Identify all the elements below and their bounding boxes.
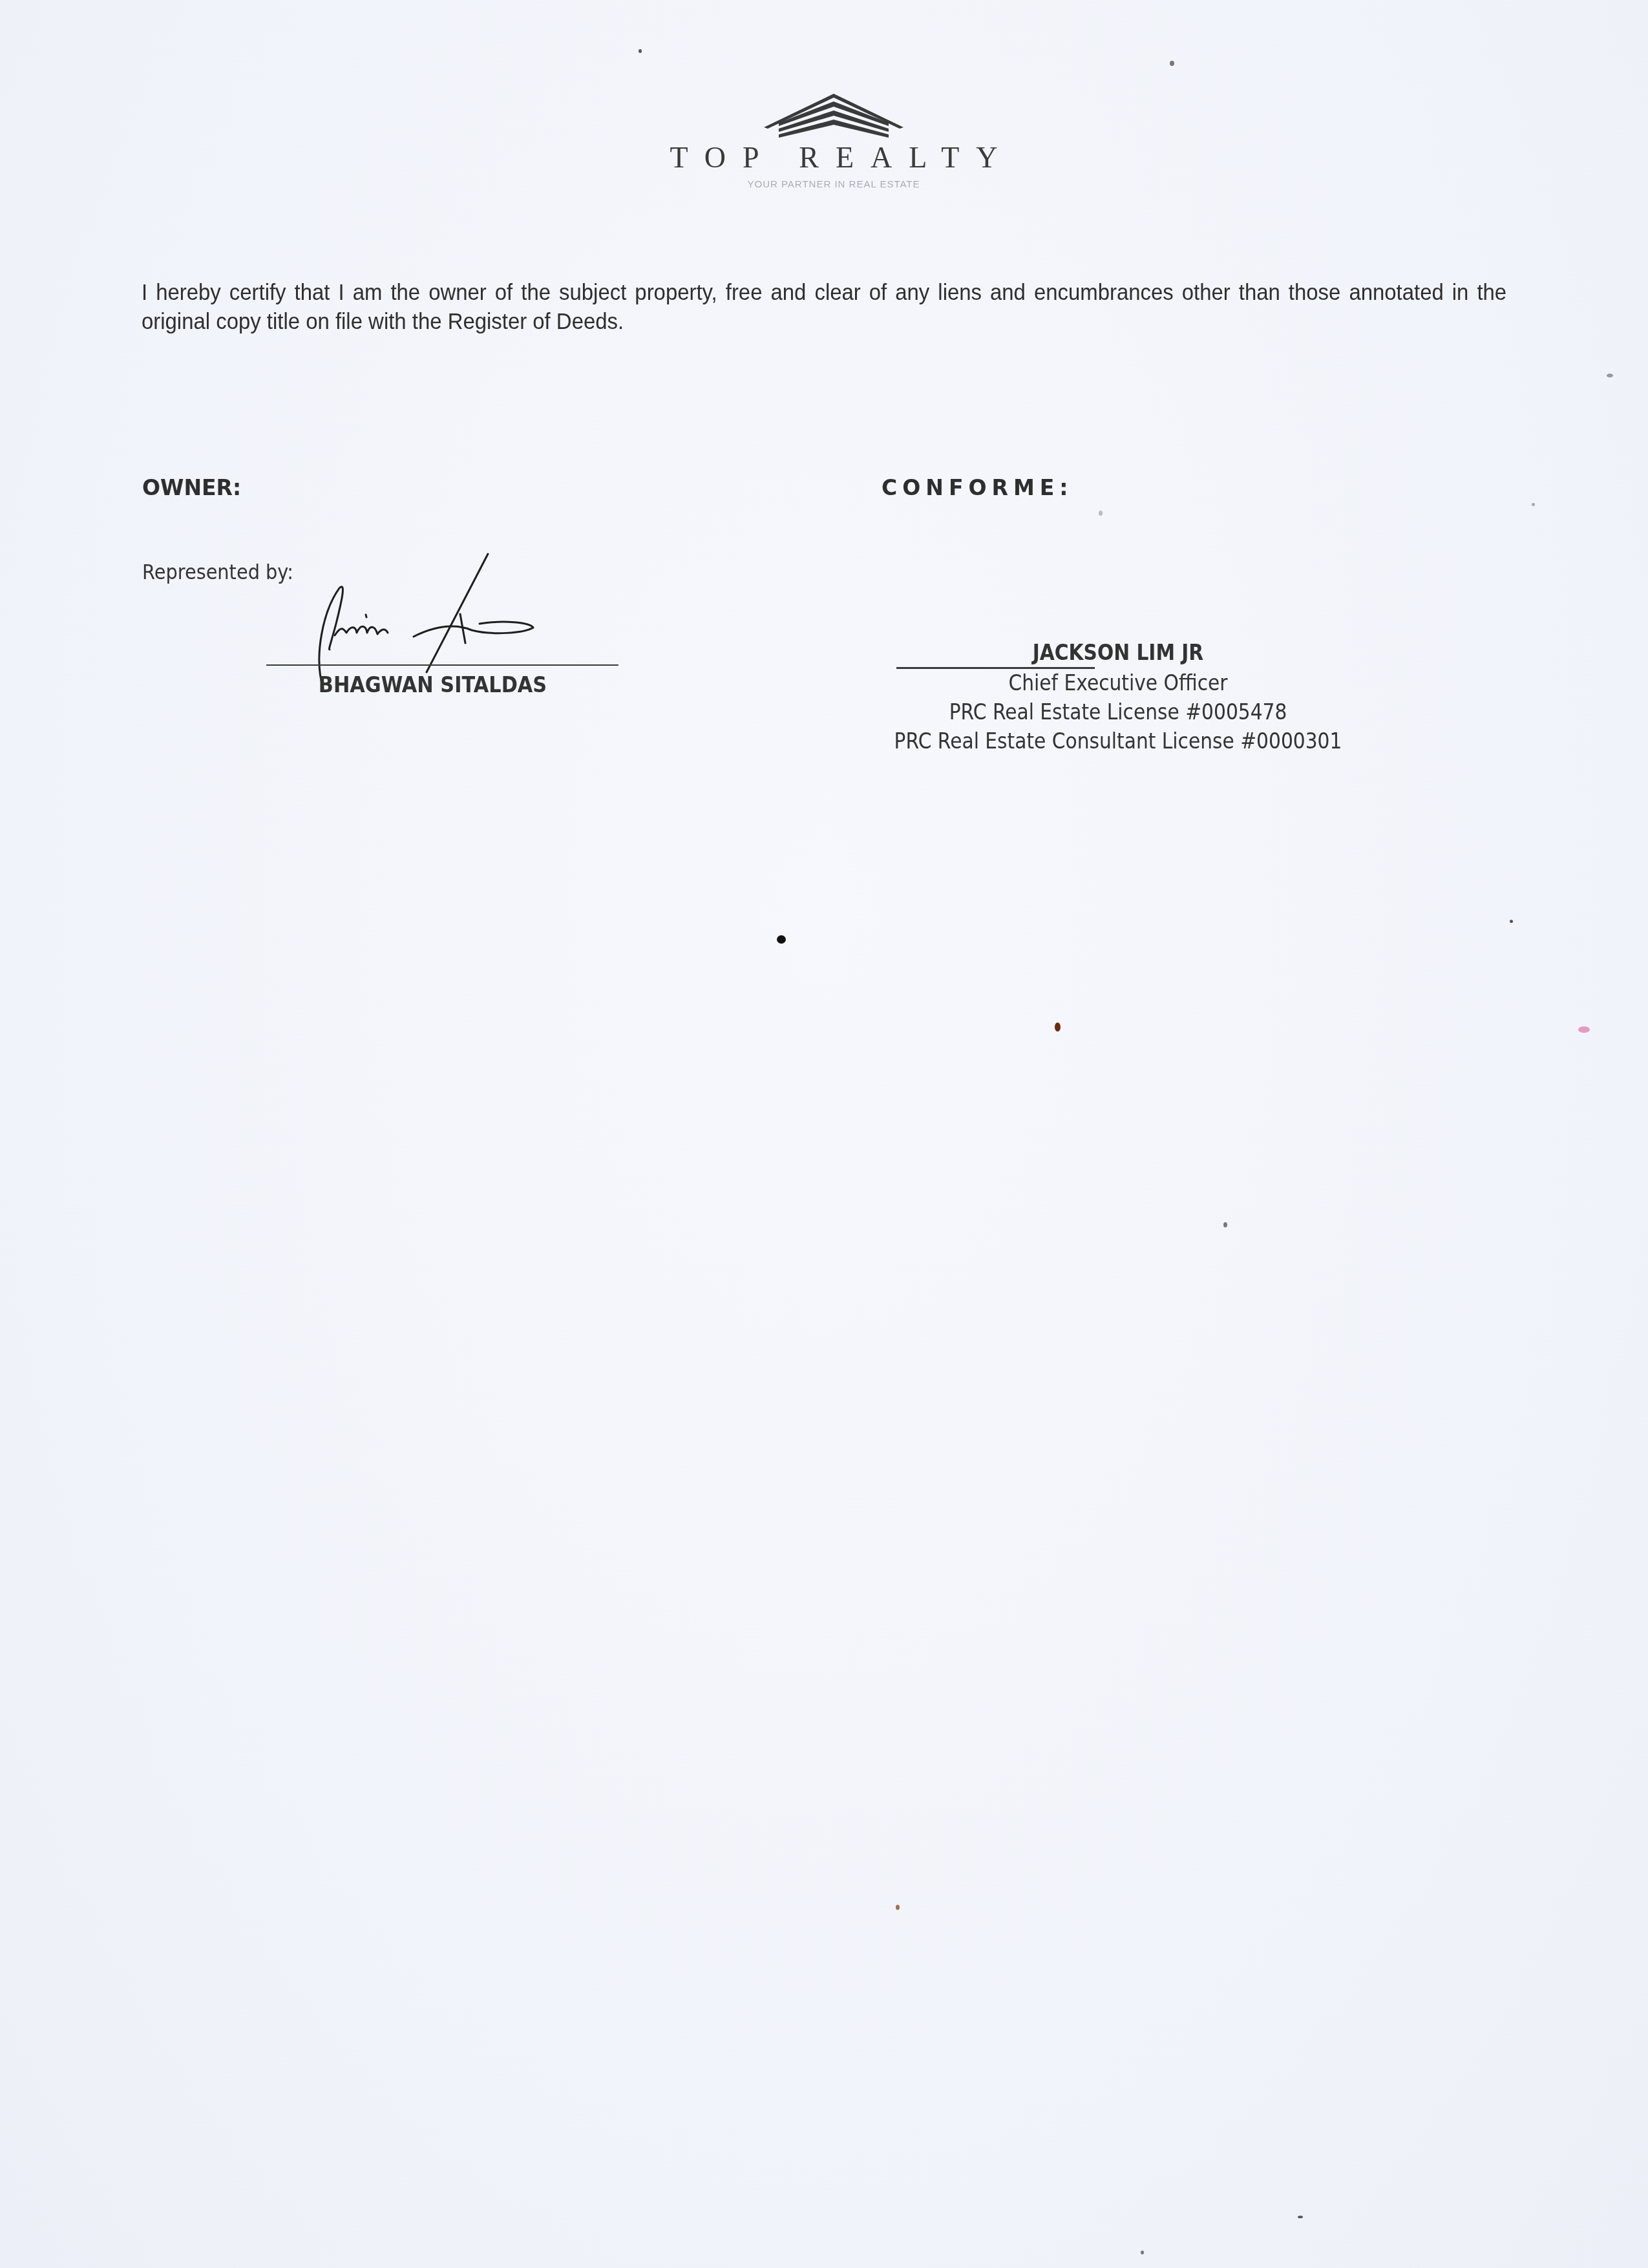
- conforme-license-1: PRC Real Estate License #0005478: [885, 697, 1351, 726]
- owner-signature-line: [266, 664, 618, 666]
- scan-speck: [1141, 2251, 1144, 2254]
- letterhead: TOP REALTY YOUR PARTNER IN REAL ESTATE: [646, 87, 1021, 190]
- represented-by-label: Represented by:: [142, 560, 293, 584]
- scan-speck: [639, 49, 642, 53]
- company-name: TOP REALTY: [646, 143, 1021, 173]
- scan-speck: [1532, 503, 1535, 506]
- owner-name: BHAGWAN SITALDAS: [280, 672, 586, 697]
- scan-speck: [1055, 1023, 1061, 1032]
- conforme-heading: CONFORME:: [882, 475, 1073, 500]
- scan-speck: [896, 1905, 900, 1910]
- document-page: TOP REALTY YOUR PARTNER IN REAL ESTATE I…: [0, 0, 1648, 2268]
- scan-speck: [1607, 374, 1613, 377]
- certification-paragraph: I hereby certify that I am the owner of …: [142, 278, 1506, 336]
- scan-speck: [1298, 2216, 1303, 2218]
- conforme-signatory: JACKSON LIM JR Chief Executive Officer P…: [860, 640, 1377, 756]
- scan-speck: [1578, 1026, 1590, 1033]
- scan-speck: [1510, 920, 1513, 923]
- scan-speck: [1223, 1222, 1227, 1227]
- company-tagline: YOUR PARTNER IN REAL ESTATE: [646, 179, 1021, 190]
- conforme-name: JACKSON LIM JR: [885, 640, 1351, 666]
- conforme-title: Chief Executive Officer: [885, 668, 1351, 697]
- scan-speck: [1099, 511, 1103, 516]
- scan-speck: [1170, 61, 1174, 66]
- conforme-license-2: PRC Real Estate Consultant License #0000…: [885, 726, 1351, 756]
- roof-logo-icon: [756, 87, 911, 139]
- scan-speck: [777, 935, 786, 944]
- owner-heading: OWNER:: [142, 475, 241, 500]
